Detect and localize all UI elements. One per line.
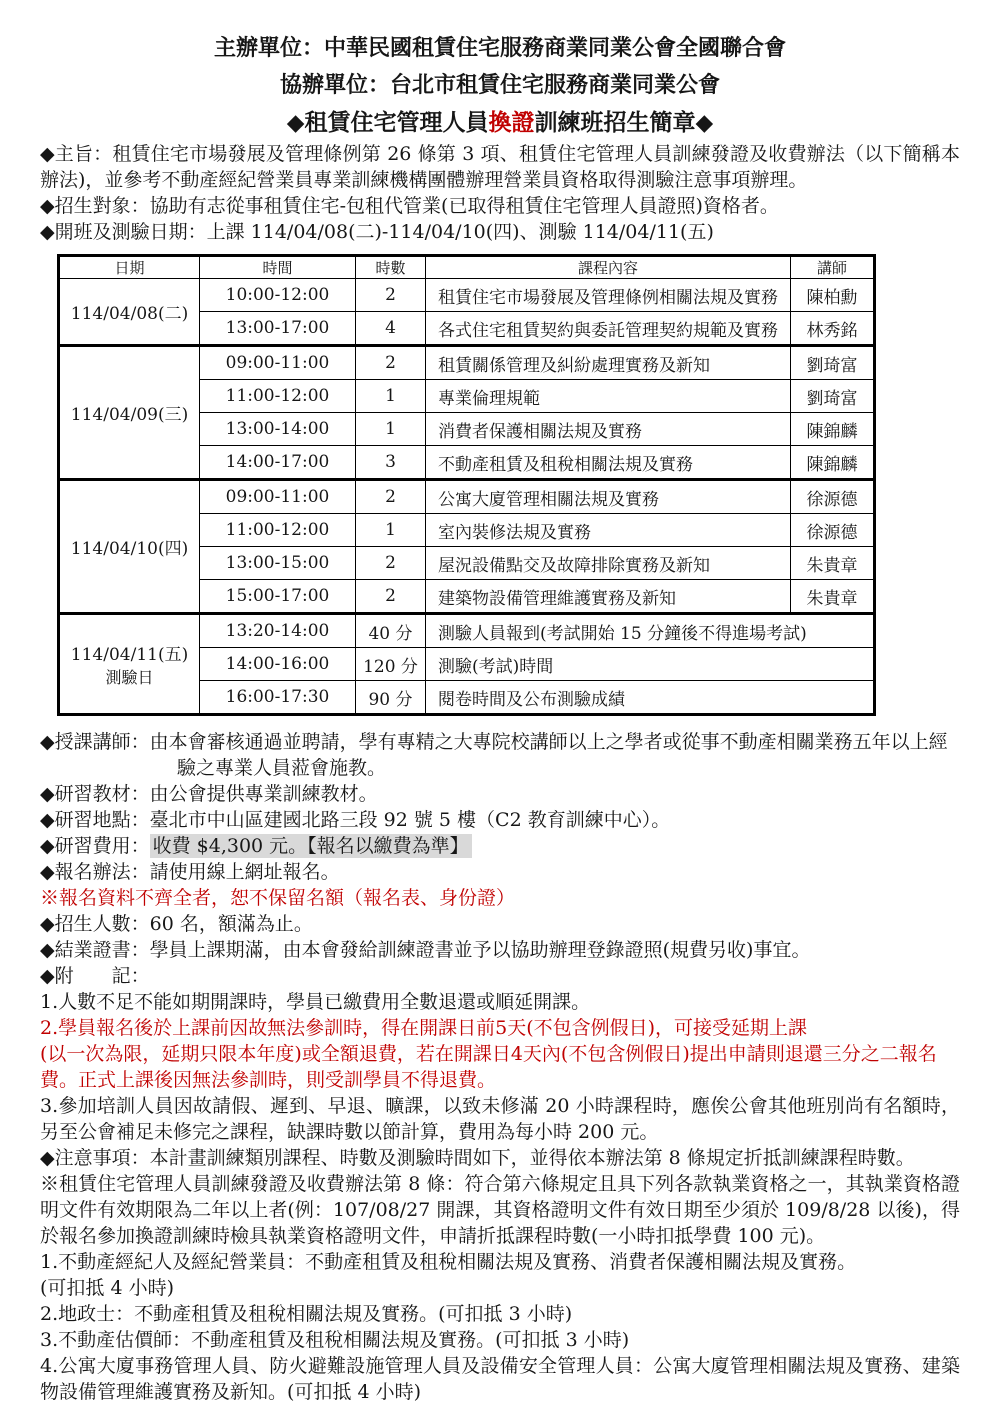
hours-cell: 2 [356,279,426,312]
content-cell: 測驗(考試)時間 [426,648,875,681]
content-cell: 公寓大廈管理相關法規及實務 [426,480,791,514]
content-cell: 消費者保護相關法規及實務 [426,413,791,446]
time-cell: 13:00-14:00 [200,413,356,446]
brochure-title-prefix: ◆租賃住宅管理人員 [287,109,489,136]
dates-paragraph: ◆開班及測驗日期：上課 114/04/08(二)-114/04/10(四)、測驗… [40,219,960,245]
brochure-title: ◆租賃住宅管理人員換證訓練班招生簡章◆ [40,104,960,141]
teacher-cell: 劉琦富 [791,380,875,413]
credit-note-1: (可扣抵 4 小時) [40,1275,960,1301]
hours-cell: 1 [356,413,426,446]
organizer-line: 主辦單位：中華民國租賃住宅服務商業同業公會全國聯合會 [40,30,960,67]
schedule-header-row: 日期 時間 時數 課程內容 講師 [59,256,875,279]
teacher-cell: 朱貴章 [791,547,875,580]
teacher-cell: 徐源德 [791,514,875,547]
teacher-cell: 朱貴章 [791,580,875,614]
header-cell-content: 課程內容 [426,256,791,279]
co-organizer-line: 協辦單位：台北市租賃住宅服務商業同業公會 [40,67,960,104]
time-cell: 13:00-15:00 [200,547,356,580]
location-paragraph: ◆研習地點：臺北市中山區建國北路三段 92 號 5 樓（C2 教育訓練中心）。 [40,807,960,833]
teacher-cell: 陳柏勳 [791,279,875,312]
credit-item-3: 3.不動產估價師：不動產租賃及租稅相關法規及實務。(可扣抵 3 小時) [40,1327,960,1353]
target-paragraph: ◆招生對象：協助有志從事租賃住宅-包租代管業(已取得租賃住宅管理人員證照)資格者… [40,193,960,219]
capacity-paragraph: ◆招生人數：60 名，額滿為止。 [40,911,960,937]
teacher-cell: 陳錦麟 [791,446,875,480]
notice-paragraph: ◆注意事項：本計畫訓練類別課程、時數及測驗時間如下，並得依本辦法第 8 條規定折… [40,1145,960,1171]
time-cell: 15:00-17:00 [200,580,356,614]
content-cell: 屋況設備點交及故障排除實務及新知 [426,547,791,580]
table-row: 114/04/08(二) 10:00-12:00 2 租賃住宅市場發展及管理條例… [59,279,875,312]
appendix-item-3: 3.參加培訓人員因故請假、遲到、早退、曠課，以致未修滿 20 小時課程時，應俟公… [40,1093,960,1145]
header-cell-hours: 時數 [356,256,426,279]
brochure-title-red-term: 換證 [489,109,535,136]
time-cell: 11:00-12:00 [200,514,356,547]
article8-paragraph: ※租賃住宅管理人員訓練發證及收費辦法第 8 條：符合第六條規定且具下列各款執業資… [40,1171,960,1249]
time-cell: 09:00-11:00 [200,480,356,514]
appendix-heading: ◆附 記： [40,963,960,989]
credit-item-1: 1.不動產經紀人及經紀營業員：不動產租賃及租稅相關法規及實務、消費者保護相關法規… [40,1249,960,1275]
course-details-section: ◆授課講師：由本會審核通過並聘請，學有專精之大專院校講師以上之學者或從事不動產相… [40,729,960,1405]
content-cell: 各式住宅租賃契約與委託管理契約規範及實務 [426,312,791,346]
teacher-cell: 林秀銘 [791,312,875,346]
date-cell: 114/04/09(三) [59,346,200,480]
teacher-cell: 陳錦麟 [791,413,875,446]
appendix-item-2-line-3: 費。正式上課後因無法參訓時，則受訓學員不得退費。 [40,1067,960,1093]
certificate-paragraph: ◆結業證書：學員上課期滿，由本會發給訓練證書並予以協助辦理登錄證照(規費另收)事… [40,937,960,963]
hours-cell: 2 [356,346,426,380]
time-cell: 16:00-17:30 [200,681,356,715]
brochure-title-suffix: 訓練班招生簡章◆ [535,109,714,136]
time-cell: 11:00-12:00 [200,380,356,413]
time-cell: 10:00-12:00 [200,279,356,312]
hours-cell: 1 [356,380,426,413]
time-cell: 14:00-17:00 [200,446,356,480]
hours-cell: 2 [356,480,426,514]
appendix-item-1: 1.人數不足不能如期開課時，學員已繳費用全數退還或順延開課。 [40,989,960,1015]
time-cell: 09:00-11:00 [200,346,356,380]
exam-date-note: 測驗日 [62,665,197,688]
date-cell: 114/04/11(五)測驗日 [59,614,200,715]
purpose-paragraph: ◆主旨：租賃住宅市場發展及管理條例第 26 條第 3 項、租賃住宅管理人員訓練發… [40,141,960,193]
header-cell-time: 時間 [200,256,356,279]
hours-cell: 2 [356,547,426,580]
hours-cell: 120 分 [356,648,426,681]
appendix-item-2-line-2: (以一次為限，延期只限本年度)或全額退費，若在開課日4天內(不包含例假日)提出申… [40,1041,960,1067]
table-row: 114/04/10(四) 09:00-11:00 2 公寓大廈管理相關法規及實務… [59,480,875,514]
time-cell: 13:20-14:00 [200,614,356,648]
fee-label: ◆研習費用： [40,835,150,857]
table-row: 114/04/09(三) 09:00-11:00 2 租賃關係管理及糾紛處理實務… [59,346,875,380]
content-cell: 建築物設備管理維護實務及新知 [426,580,791,614]
hours-cell: 4 [356,312,426,346]
credit-item-4: 4.公寓大廈事務管理人員、防火避難設施管理人員及設備安全管理人員：公寓大廈管理相… [40,1353,960,1405]
content-cell: 專業倫理規範 [426,380,791,413]
hours-cell: 2 [356,580,426,614]
credit-item-2: 2.地政士：不動產租賃及租稅相關法規及實務。(可扣抵 3 小時) [40,1301,960,1327]
incomplete-warning: ※報名資料不齊全者，恕不保留名額（報名表、身份證） [40,885,960,911]
content-cell: 閱卷時間及公布測驗成績 [426,681,875,715]
header-cell-teacher: 講師 [791,256,875,279]
lecturer-paragraph: ◆授課講師：由本會審核通過並聘請，學有專精之大專院校講師以上之學者或從事不動產相… [40,729,960,781]
header-cell-date: 日期 [59,256,200,279]
teacher-cell: 徐源德 [791,480,875,514]
hours-cell: 90 分 [356,681,426,715]
fee-paragraph: ◆研習費用：收費 $4,300 元。【報名以繳費為準】 [40,833,960,859]
appendix-item-2-line-1: 2.學員報名後於上課前因故無法參訓時，得在開課日前5天(不包含例假日)，可接受延… [40,1015,960,1041]
fee-highlight: 收費 $4,300 元。【報名以繳費為準】 [150,834,472,858]
schedule-table: 日期 時間 時數 課程內容 講師 114/04/08(二) 10:00-12:0… [57,254,876,716]
date-cell: 114/04/10(四) [59,480,200,614]
registration-paragraph: ◆報名辦法：請使用線上網址報名。 [40,859,960,885]
teacher-cell: 劉琦富 [791,346,875,380]
table-row: 114/04/11(五)測驗日 13:20-14:00 40 分 測驗人員報到(… [59,614,875,648]
hours-cell: 1 [356,514,426,547]
materials-paragraph: ◆研習教材：由公會提供專業訓練教材。 [40,781,960,807]
hours-cell: 40 分 [356,614,426,648]
time-cell: 14:00-16:00 [200,648,356,681]
content-cell: 租賃關係管理及糾紛處理實務及新知 [426,346,791,380]
content-cell: 租賃住宅市場發展及管理條例相關法規及實務 [426,279,791,312]
exam-date: 114/04/11(五) [71,645,188,665]
time-cell: 13:00-17:00 [200,312,356,346]
content-cell: 測驗人員報到(考試開始 15 分鐘後不得進場考試) [426,614,875,648]
date-cell: 114/04/08(二) [59,279,200,346]
admission-brochure-page: 主辦單位：中華民國租賃住宅服務商業同業公會全國聯合會 協辦單位：台北市租賃住宅服… [0,0,1000,1414]
content-cell: 不動產租賃及租稅相關法規及實務 [426,446,791,480]
hours-cell: 3 [356,446,426,480]
content-cell: 室內裝修法規及實務 [426,514,791,547]
